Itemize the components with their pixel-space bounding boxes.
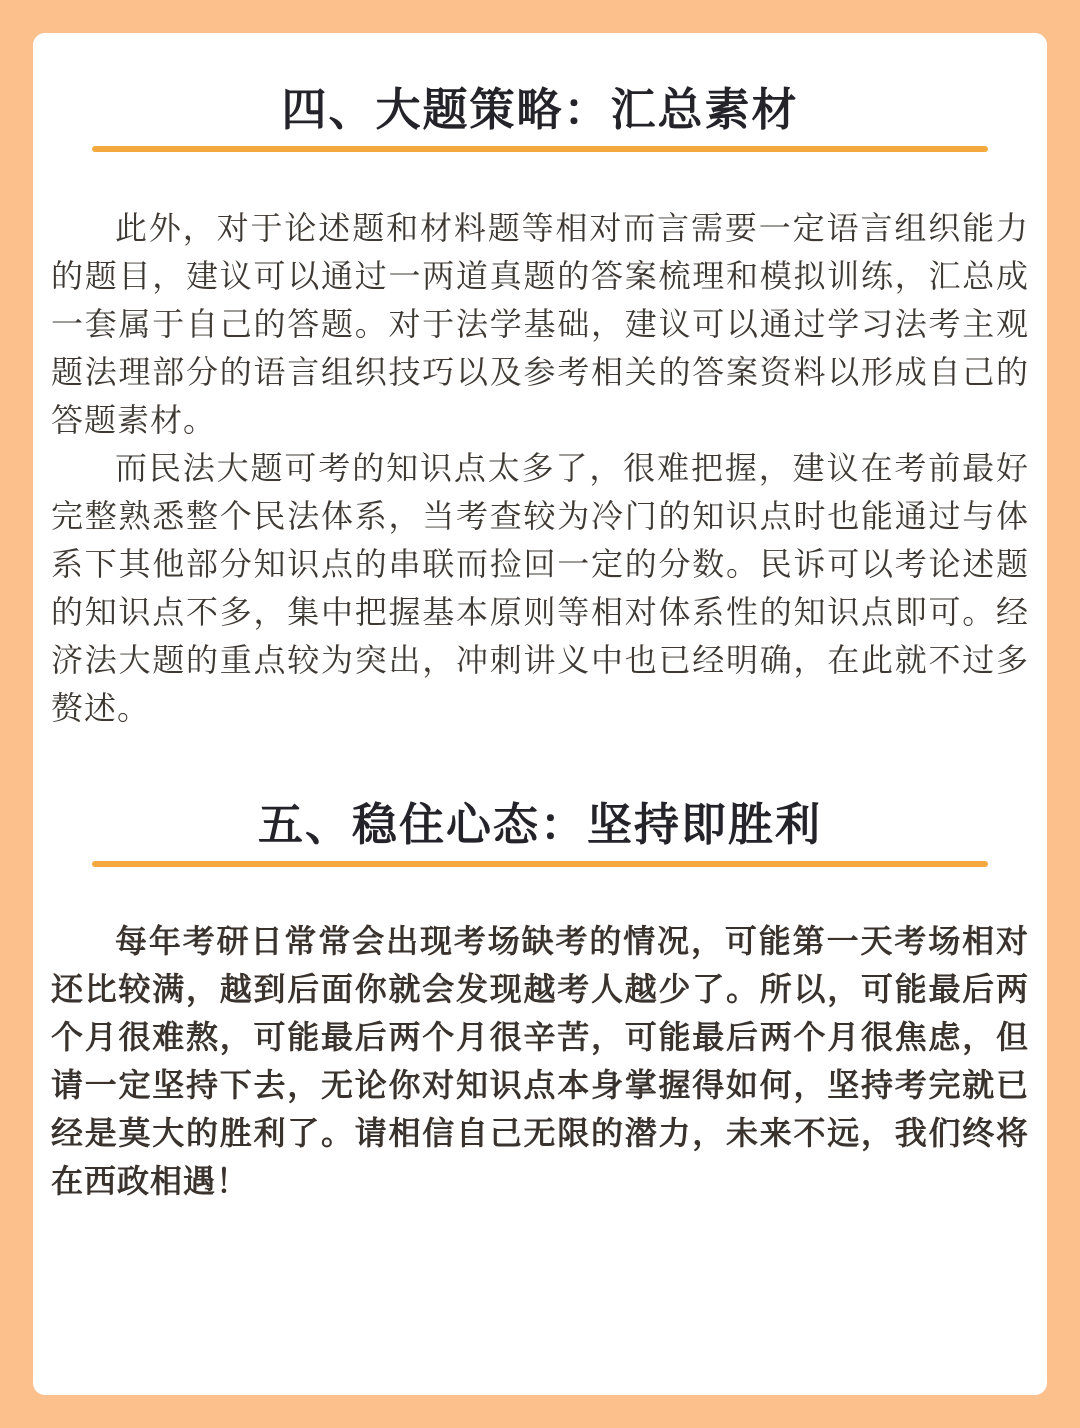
section-exam-strategy: 四、大题策略：汇总素材 此外，对于论述题和材料题等相对而言需要一定语言组织能力的… xyxy=(51,83,1029,732)
paragraph: 而民法大题可考的知识点太多了，很难把握，建议在考前最好完整熟悉整个民法体系，当考… xyxy=(51,444,1029,732)
section-body-2: 每年考研日常常会出现考场缺考的情况，可能第一天考场相对还比较满，越到后面你就会发… xyxy=(51,917,1029,1205)
heading-underline-1 xyxy=(92,146,988,152)
section-mindset: 五、稳住心态：坚持即胜利 每年考研日常常会出现考场缺考的情况，可能第一天考场相对… xyxy=(51,798,1029,1205)
paragraph: 此外，对于论述题和材料题等相对而言需要一定语言组织能力的题目，建议可以通过一两道… xyxy=(51,204,1029,444)
heading-underline-2 xyxy=(92,861,988,867)
section-heading-1: 四、大题策略：汇总素材 xyxy=(51,83,1029,137)
section-body-1: 此外，对于论述题和材料题等相对而言需要一定语言组织能力的题目，建议可以通过一两道… xyxy=(51,204,1029,732)
paragraph: 每年考研日常常会出现考场缺考的情况，可能第一天考场相对还比较满，越到后面你就会发… xyxy=(51,917,1029,1205)
section-heading-2: 五、稳住心态：坚持即胜利 xyxy=(51,798,1029,852)
content-card: 四、大题策略：汇总素材 此外，对于论述题和材料题等相对而言需要一定语言组织能力的… xyxy=(33,33,1047,1395)
